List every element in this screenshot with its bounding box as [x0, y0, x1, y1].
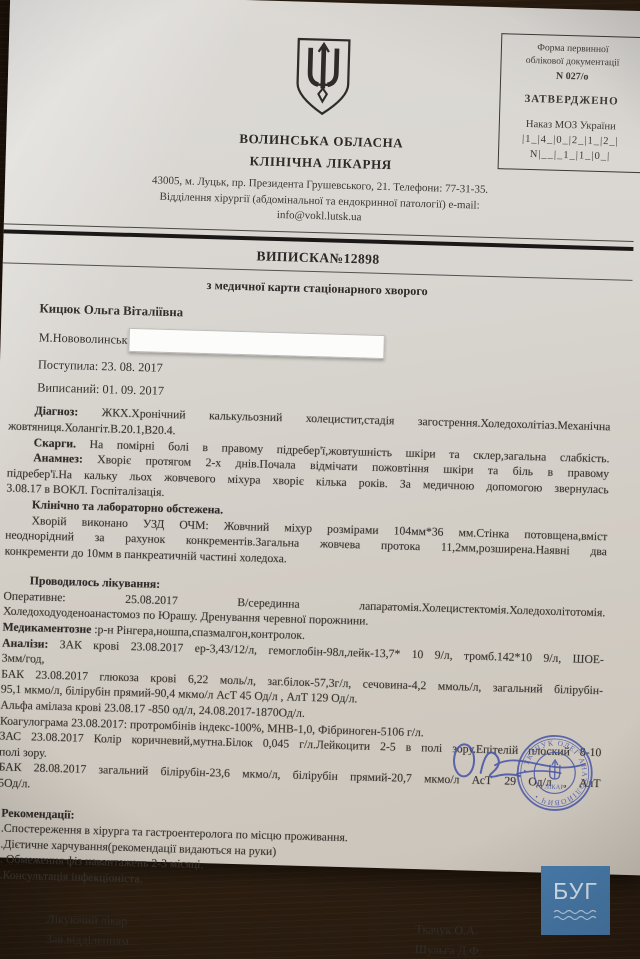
- complaints-label: Скарги.: [34, 436, 77, 450]
- patient-city: М.Нововолинськ: [38, 330, 127, 347]
- attending-doctor-label: Лікуючий лікар: [46, 908, 130, 930]
- head-of-department-name: Шульга Д.Ф.: [415, 939, 483, 959]
- ukraine-trident-emblem-icon: [292, 35, 354, 119]
- operative-label: Оперативне:: [3, 589, 66, 604]
- waves-icon: [553, 908, 599, 922]
- head-of-department-label: Зав.відділенням: [46, 928, 130, 950]
- signature-names: Ткачук О.А. Шульга Д.Ф.: [415, 919, 483, 959]
- anamnesis-label: Анамнез:: [33, 451, 83, 465]
- doctor-signature: [446, 728, 598, 802]
- redaction-box: [128, 328, 385, 359]
- document-header: ВОЛИНСЬКА ОБЛАСНА КЛІНІЧНА ЛІКАРНЯ 43005…: [14, 0, 630, 233]
- signature-block: Лікуючий лікар Зав.відділенням Ткачук О.…: [46, 908, 605, 959]
- signature-roles: Лікуючий лікар Зав.відділенням: [46, 908, 130, 950]
- document-body: Діагноз: ЖКХ.Хронічний калькульозний хол…: [0, 403, 611, 900]
- medication-label: Медикаментозне: [2, 621, 91, 636]
- bug-watermark-logo: БУГ: [541, 866, 610, 935]
- attending-doctor-name: Ткачук О.А.: [415, 919, 483, 941]
- diagnosis-label: Діагноз:: [34, 405, 78, 419]
- document-paper: Форма первинної облікової документації N…: [0, 0, 640, 875]
- analyses-label: Аналізи:: [2, 636, 49, 650]
- bug-watermark-label: БУГ: [553, 880, 598, 903]
